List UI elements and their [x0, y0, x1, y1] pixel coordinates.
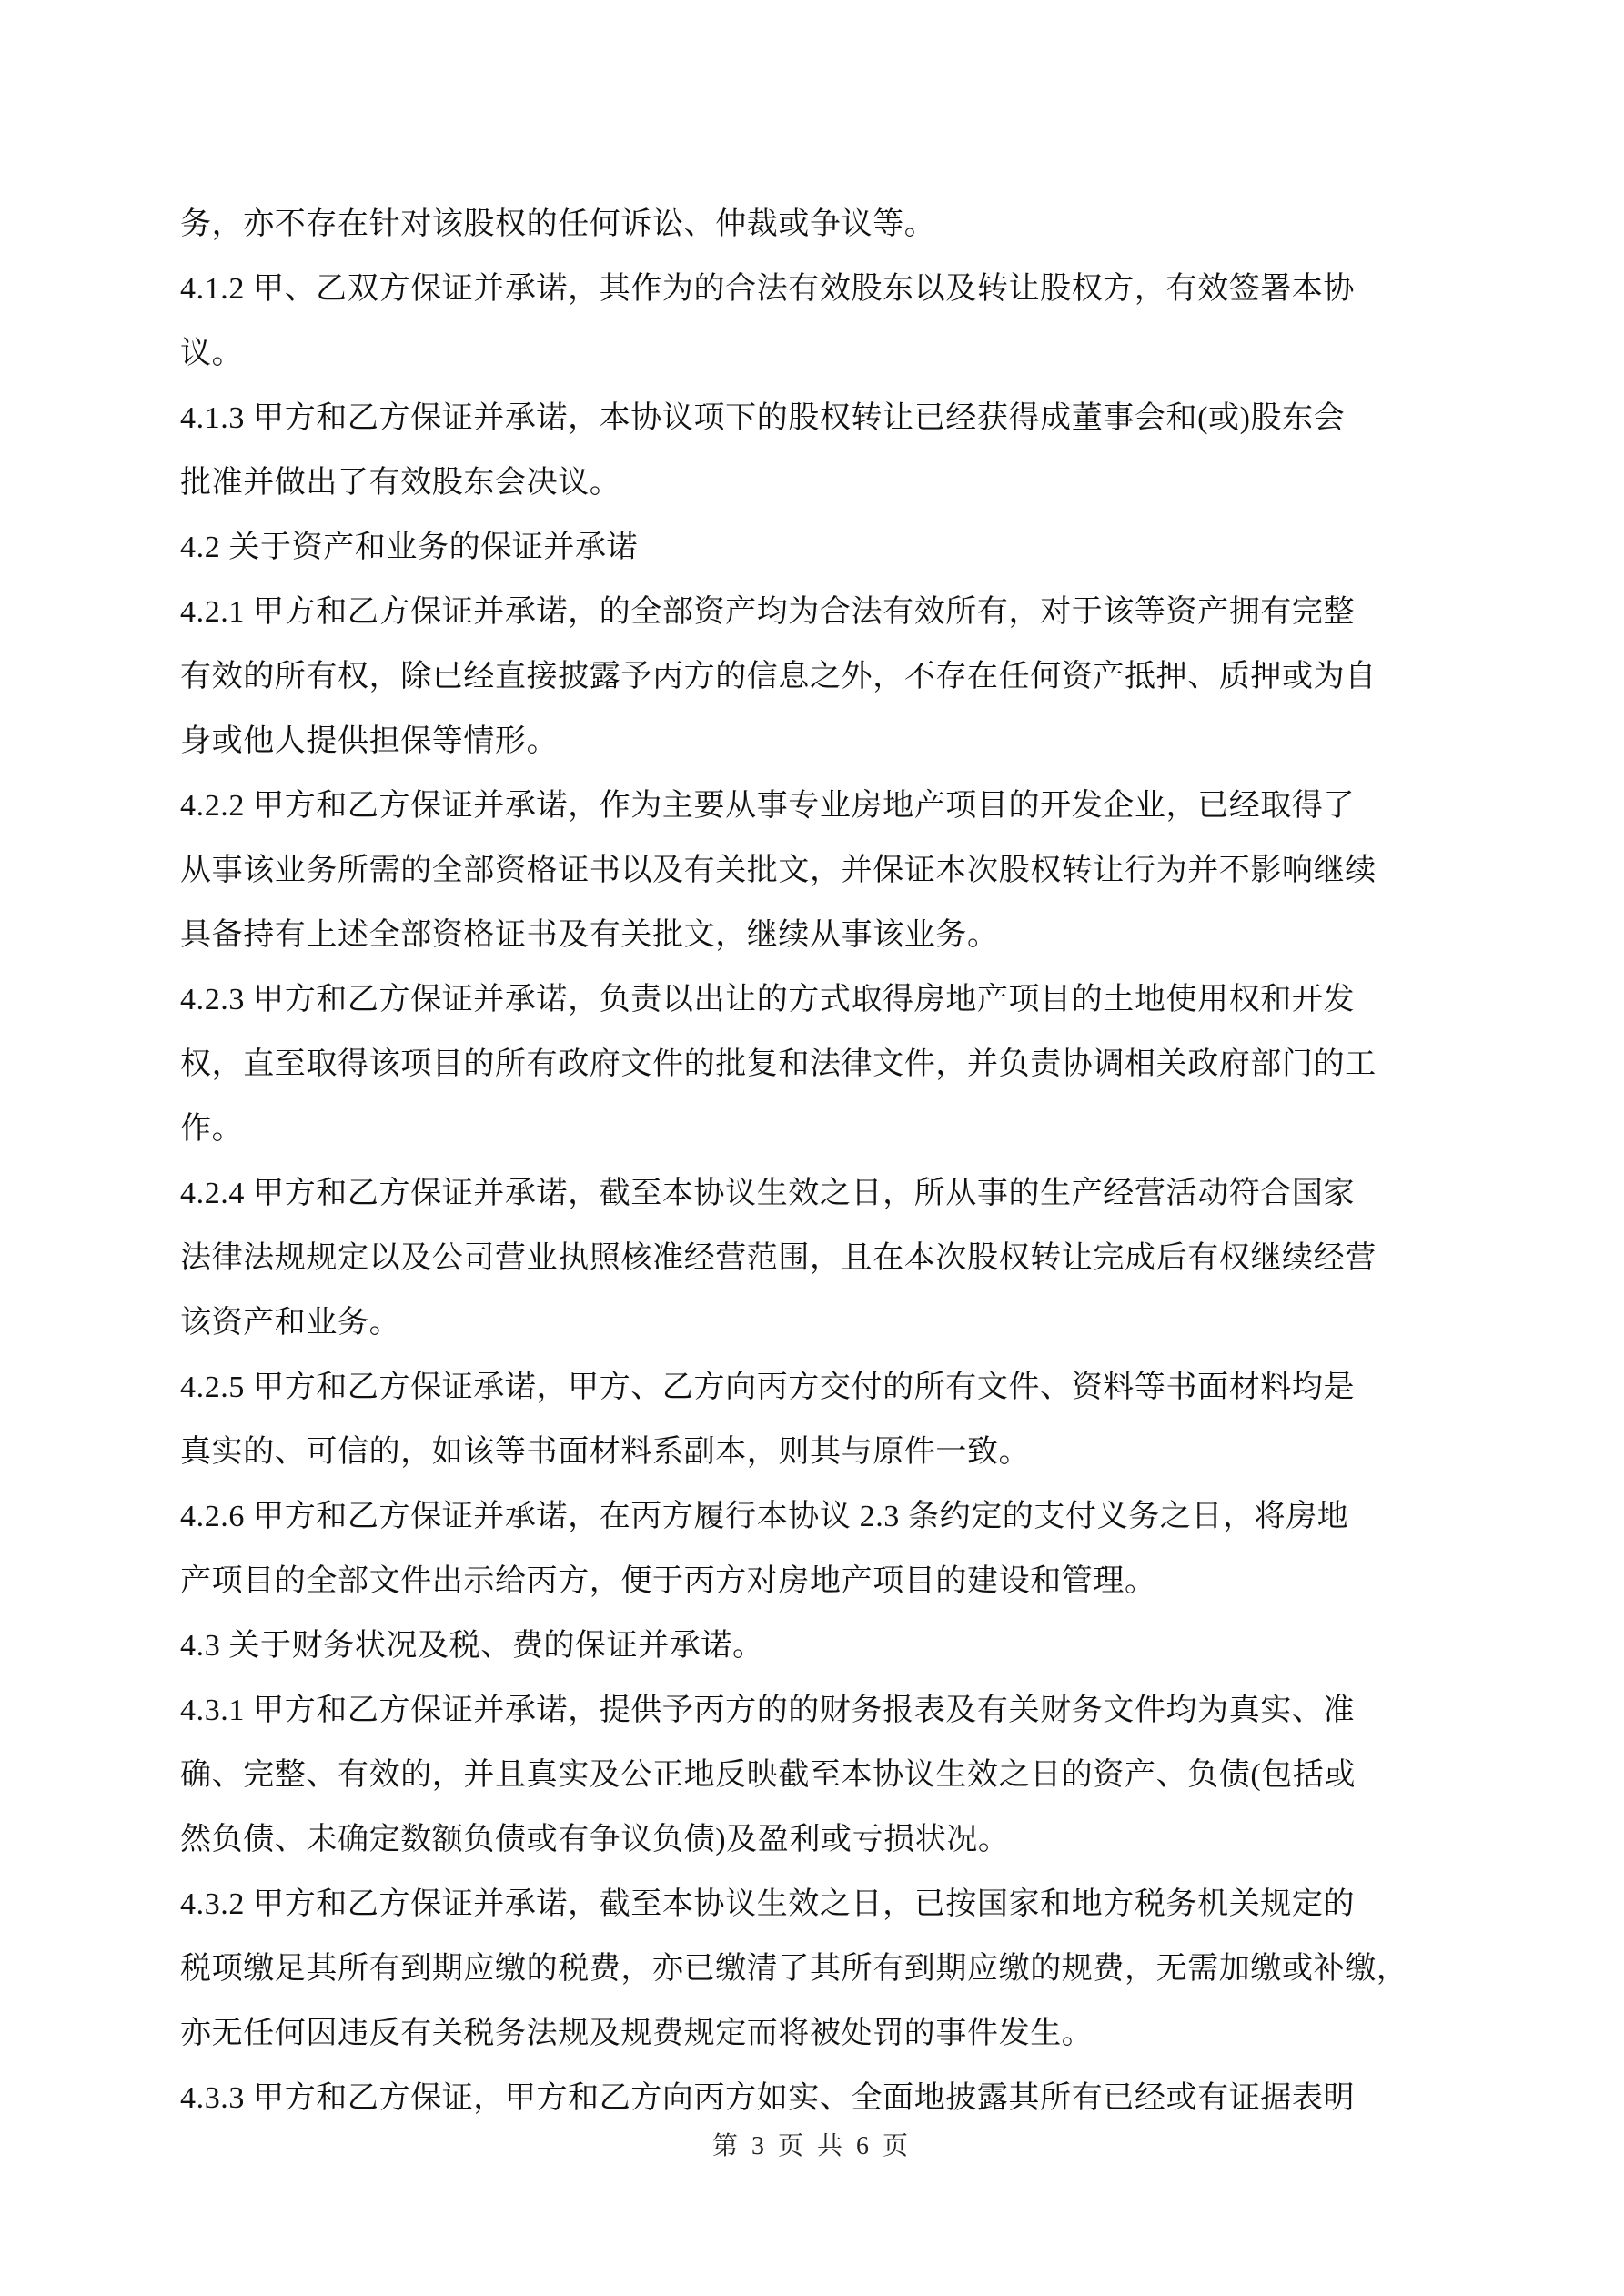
document-line: 权，直至取得该项目的所有政府文件的批复和法律文件，并负责协调相关政府部门的工 [180, 1032, 1472, 1097]
document-line: 确、完整、有效的，并且真实及公正地反映截至本协议生效之日的资产、负债(包括或 [180, 1743, 1472, 1807]
document-line: 法律法规规定以及公司营业执照核准经营范围，且在本次股权转让完成后有权继续经营 [180, 1226, 1472, 1290]
document-line: 亦无任何因违反有关税务法规及规费规定而将被处罚的事件发生。 [180, 2001, 1472, 2066]
document-line: 4.2.3 甲方和乙方保证并承诺，负责以出让的方式取得房地产项目的土地使用权和开… [180, 967, 1472, 1032]
document-line: 务，亦不存在针对该股权的任何诉讼、仲裁或争议等。 [180, 192, 1472, 257]
document-line: 具备持有上述全部资格证书及有关批文，继续从事该业务。 [180, 903, 1472, 967]
document-line: 该资产和业务。 [180, 1290, 1472, 1355]
document-line: 4.2.6 甲方和乙方保证并承诺，在丙方履行本协议 2.3 条约定的支付义务之日… [180, 1484, 1472, 1549]
document-line: 税项缴足其所有到期应缴的税费，亦已缴清了其所有到期应缴的规费，无需加缴或补缴， [180, 1937, 1472, 2001]
document-line: 4.2 关于资产和业务的保证并承诺 [180, 515, 1472, 580]
document-line: 批准并做出了有效股东会决议。 [180, 450, 1472, 515]
document-line: 4.2.2 甲方和乙方保证并承诺，作为主要从事专业房地产项目的开发企业，已经取得… [180, 774, 1472, 838]
document-page: 务，亦不存在针对该股权的任何诉讼、仲裁或争议等。4.1.2 甲、乙双方保证并承诺… [0, 0, 1624, 2296]
document-line: 从事该业务所需的全部资格证书以及有关批文，并保证本次股权转让行为并不影响继续 [180, 838, 1472, 903]
document-line: 身或他人提供担保等情形。 [180, 709, 1472, 774]
document-line: 真实的、可信的，如该等书面材料系副本，则其与原件一致。 [180, 1420, 1472, 1484]
document-line: 4.3.1 甲方和乙方保证并承诺，提供予丙方的的财务报表及有关财务文件均为真实、… [180, 1678, 1472, 1743]
document-line: 议。 [180, 321, 1472, 386]
document-line: 4.1.2 甲、乙双方保证并承诺，其作为的合法有效股东以及转让股权方，有效签署本… [180, 257, 1472, 321]
page-number-footer: 第 3 页 共 6 页 [0, 2126, 1624, 2162]
document-line: 4.2.5 甲方和乙方保证承诺，甲方、乙方向丙方交付的所有文件、资料等书面材料均… [180, 1355, 1472, 1420]
document-line: 4.2.1 甲方和乙方保证并承诺，的全部资产均为合法有效所有，对于该等资产拥有完… [180, 580, 1472, 644]
document-line: 4.1.3 甲方和乙方保证并承诺，本协议项下的股权转让已经获得成董事会和(或)股… [180, 386, 1472, 450]
document-line: 4.3.3 甲方和乙方保证，甲方和乙方向丙方如实、全面地披露其所有已经或有证据表… [180, 2066, 1472, 2130]
document-line: 4.3 关于财务状况及税、费的保证并承诺。 [180, 1613, 1472, 1678]
document-line: 作。 [180, 1097, 1472, 1161]
document-line: 4.2.4 甲方和乙方保证并承诺，截至本协议生效之日，所从事的生产经营活动符合国… [180, 1161, 1472, 1226]
document-line: 4.3.2 甲方和乙方保证并承诺，截至本协议生效之日，已按国家和地方税务机关规定… [180, 1872, 1472, 1937]
document-line: 有效的所有权，除已经直接披露予丙方的信息之外，不存在任何资产抵押、质押或为自 [180, 644, 1472, 709]
document-line: 产项目的全部文件出示给丙方，便于丙方对房地产项目的建设和管理。 [180, 1549, 1472, 1613]
document-line: 然负债、未确定数额负债或有争议负债)及盈利或亏损状况。 [180, 1807, 1472, 1872]
document-body: 务，亦不存在针对该股权的任何诉讼、仲裁或争议等。4.1.2 甲、乙双方保证并承诺… [180, 192, 1472, 2130]
